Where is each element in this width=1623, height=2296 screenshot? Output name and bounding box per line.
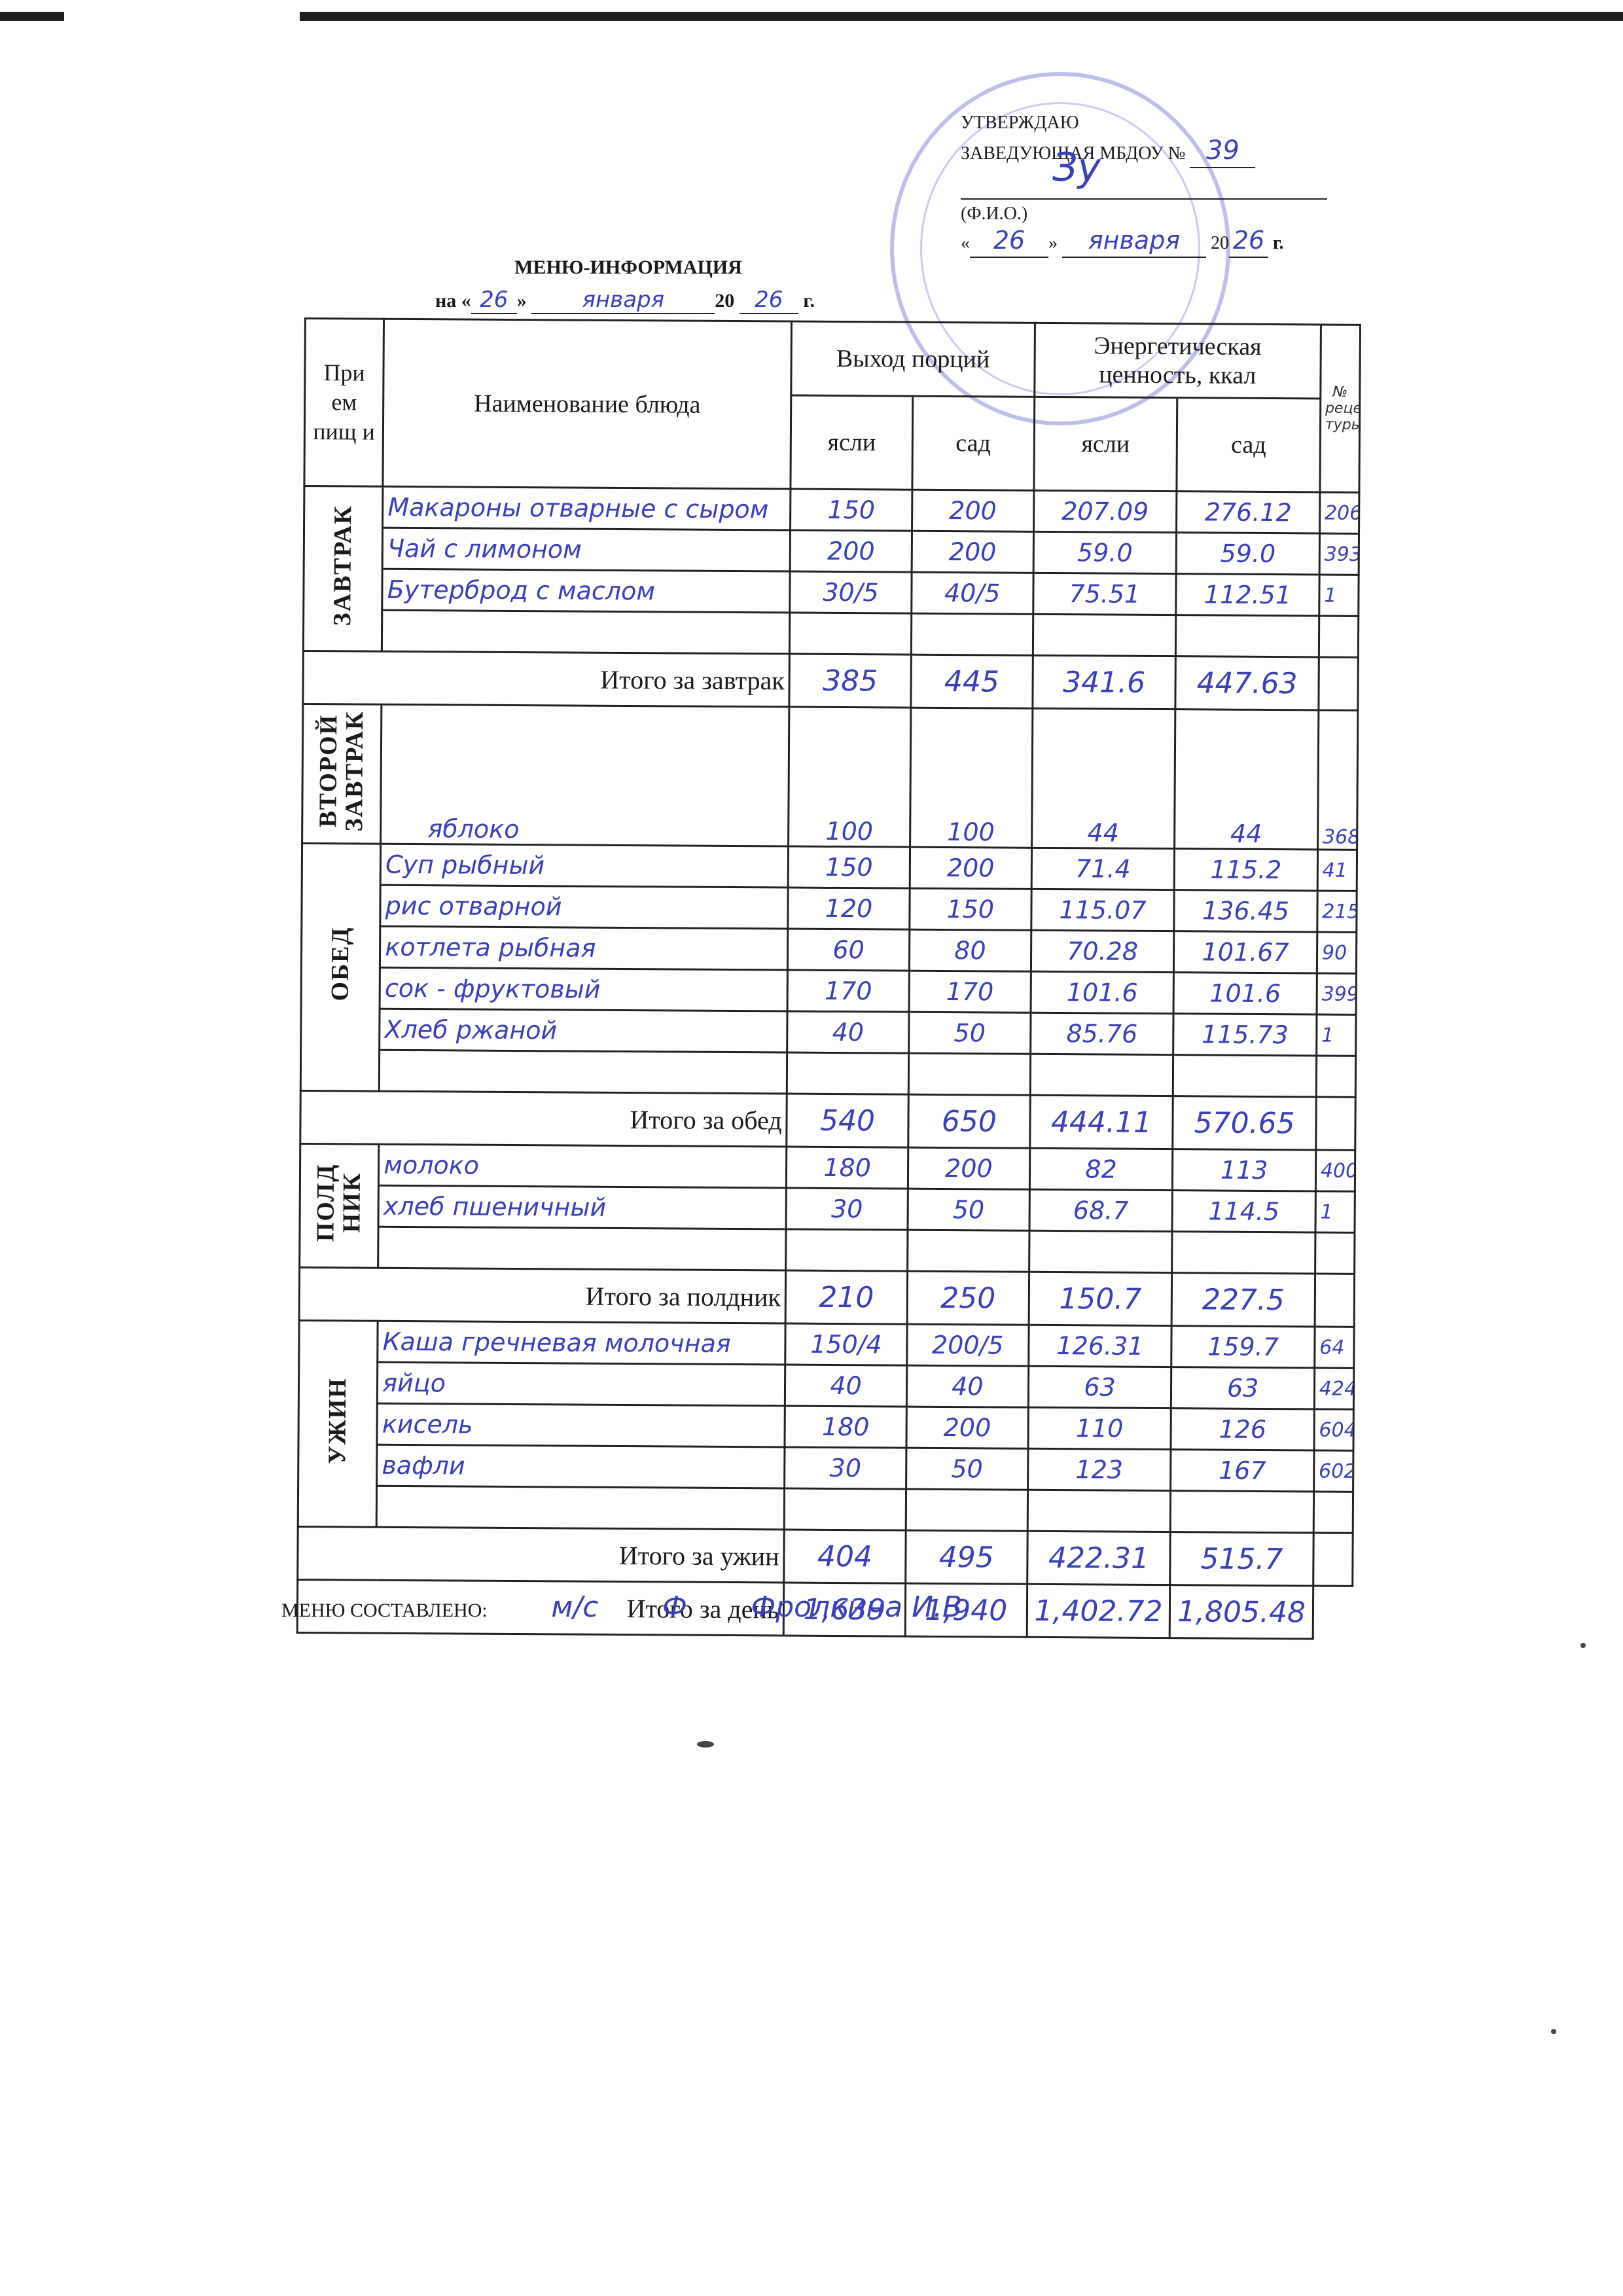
total-portion-garden: 495: [906, 1530, 1027, 1584]
dish-name: Каша гречневая молочная: [378, 1321, 785, 1365]
footer: МЕНЮ СОСТАВЛЕНО: м/с Ф Фролкина И.В.: [281, 1590, 971, 1624]
portion-nursery-cell: 30: [786, 1188, 908, 1230]
meal-label-cell: ВТОРОЙ ЗАВТРАК: [302, 704, 382, 844]
page-title: МЕНЮ-ИНФОРМАЦИЯ: [445, 257, 811, 279]
portion-garden-cell: 150: [910, 888, 1031, 930]
kcal-nursery-cell: 75.51: [1033, 573, 1176, 615]
portion-nursery-cell: 200: [790, 530, 912, 572]
recipe-number: 64: [1315, 1327, 1355, 1368]
table-row: ВТОРОЙ ЗАВТРАКяблоко1001004444368: [302, 704, 1358, 850]
scan-top-edge: [0, 0, 1623, 20]
approval-day: 26: [970, 225, 1048, 258]
menu-table: При ем пищ и Наименование блюда Выход по…: [296, 317, 1361, 1640]
menu-day: 26: [471, 287, 517, 314]
portion-garden-cell: 40: [906, 1365, 1028, 1407]
empty-cell: [787, 1052, 908, 1094]
portion-garden-cell: 50: [909, 1012, 1031, 1054]
kcal-nursery-cell: 85.76: [1030, 1013, 1173, 1054]
recipe-number: 399: [1317, 973, 1357, 1014]
table-row: Хлеб ржаной405085.76115.731: [301, 1008, 1356, 1056]
dish-name: Хлеб ржаной: [380, 1009, 787, 1052]
empty-cell: [911, 613, 1033, 655]
kcal-garden-cell: 101.67: [1174, 931, 1317, 973]
footer-signature: Ф: [662, 1590, 687, 1624]
dish-name: яйцо: [378, 1362, 785, 1406]
total-portion-garden: 650: [908, 1094, 1030, 1148]
portion-garden-cell: 200: [912, 490, 1033, 531]
table-row: ПОЛД НИКмолоко18020082113400: [300, 1143, 1355, 1191]
kcal-nursery-cell: 68.7: [1029, 1189, 1173, 1231]
dish-name: Чай с лимоном: [382, 528, 790, 571]
empty-cell: [906, 1489, 1027, 1531]
empty-cell: [1319, 657, 1359, 710]
header-energy: Энергетическая ценность, ккал: [1034, 323, 1321, 399]
empty-cell: [908, 1053, 1030, 1095]
kcal-nursery-cell: 63: [1028, 1366, 1171, 1408]
kcal-nursery-cell: 123: [1027, 1448, 1171, 1490]
day-total-kcal-garden: 1,805.48: [1169, 1585, 1313, 1639]
portion-nursery-cell: 60: [788, 929, 910, 971]
total-kcal-nursery: 150.7: [1029, 1272, 1172, 1325]
kcal-nursery-cell: 207.09: [1033, 490, 1177, 532]
empty-cell: [1319, 616, 1359, 657]
portion-garden-cell: 200: [912, 531, 1033, 573]
table-row: вафли3050123167602: [298, 1444, 1353, 1492]
dish-name: молоко: [379, 1144, 787, 1188]
footer-name: Фролкина И.В.: [751, 1590, 971, 1624]
total-kcal-nursery: 422.31: [1027, 1531, 1170, 1585]
section-total-row: Итого за ужин404495422.31515.7: [298, 1526, 1353, 1586]
kcal-garden-cell: 276.12: [1177, 492, 1320, 533]
menu-date: на «26» января20 26 г.: [435, 287, 815, 314]
recipe-number: 90: [1317, 932, 1357, 973]
portion-nursery-cell: 40: [787, 1011, 909, 1053]
menu-year-prefix: 20: [715, 290, 734, 312]
date-prefix: на «: [435, 290, 471, 312]
total-kcal-garden: 227.5: [1171, 1273, 1315, 1327]
kcal-garden-cell: 115.2: [1174, 849, 1317, 891]
kcal-garden-cell: 167: [1171, 1450, 1314, 1492]
empty-cell: [1315, 1232, 1355, 1274]
scan-speck: [1580, 1643, 1586, 1648]
empty-cell: [1313, 1586, 1353, 1639]
footer-position: м/с: [551, 1590, 598, 1624]
portion-nursery-cell: 180: [785, 1406, 906, 1448]
recipe-number: 393: [1319, 533, 1359, 575]
portion-nursery-cell: 100: [789, 707, 911, 847]
menu-year-suffix: 26: [740, 287, 798, 314]
meal-label: ВТОРОЙ ЗАВТРАК: [315, 705, 368, 836]
kcal-garden-cell: 136.45: [1174, 890, 1317, 932]
header-portion-nursery: ясли: [791, 395, 913, 490]
empty-cell: [382, 610, 790, 654]
dish-name: яблоко: [381, 704, 789, 846]
institution-number: 39: [1190, 134, 1255, 168]
table-row: кисель180200110126604: [298, 1403, 1353, 1450]
blank-row: [300, 1226, 1355, 1274]
meal-label-cell: ОБЕД: [300, 843, 381, 1091]
recipe-number: 368: [1317, 710, 1357, 850]
kcal-nursery-cell: 44: [1031, 708, 1175, 848]
portion-garden-cell: 40/5: [912, 572, 1033, 614]
section-total-label: Итого за полдник: [299, 1267, 786, 1323]
empty-cell: [378, 1227, 786, 1270]
kcal-nursery-cell: 126.31: [1028, 1325, 1171, 1367]
recipe-number: 215: [1317, 891, 1357, 932]
total-portion-garden: 445: [911, 655, 1033, 708]
kcal-garden-cell: 114.5: [1172, 1191, 1315, 1232]
total-portion-nursery: 404: [784, 1530, 906, 1583]
empty-cell: [786, 1229, 908, 1271]
recipe-number: 602: [1313, 1450, 1353, 1492]
scan-speck: [1551, 2029, 1556, 2034]
total-kcal-garden: 570.65: [1173, 1096, 1316, 1150]
total-portion-nursery: 210: [785, 1270, 907, 1324]
fio-label: (Ф.И.О.): [961, 202, 1327, 225]
footer-label: МЕНЮ СОСТАВЛЕНО:: [281, 1600, 488, 1621]
recipe-number: 41: [1317, 850, 1357, 891]
portion-garden-cell: 200/5: [907, 1324, 1029, 1366]
recipe-number: 1: [1316, 1014, 1356, 1056]
blank-row: [298, 1485, 1353, 1533]
empty-cell: [1313, 1533, 1353, 1586]
empty-cell: [1170, 1491, 1313, 1533]
blank-row: [300, 1049, 1355, 1097]
recipe-number: 604: [1314, 1409, 1354, 1450]
head-signature: Зу: [1052, 143, 1101, 192]
table-row: Бутерброд с маслом30/540/575.51112.511: [304, 569, 1359, 617]
empty-cell: [1316, 1056, 1356, 1097]
header-meal: При ем пищ и: [304, 319, 384, 487]
dish-name: котлета рыбная: [380, 926, 788, 970]
total-kcal-nursery: 444.11: [1029, 1095, 1173, 1149]
kcal-garden-cell: 101.6: [1173, 973, 1317, 1014]
table-row: хлеб пшеничный305068.7114.51: [300, 1185, 1355, 1232]
empty-cell: [1029, 1230, 1172, 1272]
kcal-garden-cell: 44: [1175, 709, 1319, 850]
section-total-row: Итого за полдник210250150.7227.5: [299, 1267, 1354, 1327]
table-row: яйцо40406363424: [298, 1361, 1353, 1409]
kcal-nursery-cell: 70.28: [1031, 930, 1174, 972]
approval-block: УТВЕРЖДАЮ ЗАВЕДУЮЩАЯ МБДОУ № 39 Зу (Ф.И.…: [961, 111, 1327, 258]
menu-month: января: [531, 287, 715, 314]
portion-garden-cell: 50: [908, 1189, 1029, 1230]
dish-name: кисель: [377, 1403, 785, 1447]
empty-cell: [789, 613, 911, 655]
total-kcal-nursery: 341.6: [1033, 655, 1176, 709]
table-row: рис отварной120150115.07136.45215: [302, 884, 1357, 932]
meal-label-cell: ЗАВТРАК: [303, 486, 383, 652]
section-total-row: Итого за завтрак385445341.6447.63: [303, 651, 1358, 710]
empty-cell: [908, 1230, 1029, 1272]
empty-cell: [1172, 1232, 1315, 1274]
kcal-garden-cell: 112.51: [1176, 574, 1319, 616]
dish-name: хлеб пшеничный: [378, 1185, 786, 1229]
kcal-garden-cell: 59.0: [1176, 533, 1319, 575]
kcal-nursery-cell: 110: [1028, 1407, 1171, 1449]
header-dish: Наименование блюда: [383, 319, 791, 489]
empty-cell: [1030, 1054, 1173, 1096]
section-total-label: Итого за ужин: [298, 1526, 785, 1583]
table-row: ЗАВТРАКМакароны отварные с сыром15020020…: [304, 486, 1359, 534]
empty-cell: [1033, 614, 1176, 656]
approval-year-suffix: 26: [1229, 225, 1268, 258]
section-total-row: Итого за обед540650444.11570.65: [300, 1090, 1355, 1150]
empty-cell: [1027, 1490, 1171, 1532]
portion-garden-cell: 200: [908, 1147, 1029, 1189]
kcal-nursery-cell: 101.6: [1031, 971, 1174, 1013]
portion-nursery-cell: 170: [787, 970, 909, 1012]
portion-garden-cell: 50: [906, 1448, 1027, 1490]
menu-year-unit: г.: [803, 290, 815, 312]
total-portion-nursery: 385: [789, 654, 911, 708]
portion-garden-cell: 100: [910, 708, 1032, 848]
kcal-garden-cell: 159.7: [1171, 1326, 1315, 1368]
meal-label-cell: ПОЛД НИК: [300, 1143, 379, 1268]
header-energy-nursery: ясли: [1034, 397, 1177, 491]
portion-nursery-cell: 30: [785, 1447, 906, 1489]
empty-cell: [1316, 1097, 1356, 1150]
portion-nursery-cell: 150: [788, 846, 910, 888]
table-row: Чай с лимоном20020059.059.0393: [304, 528, 1359, 575]
table-row: котлета рыбная608070.28101.6790: [301, 925, 1356, 973]
empty-cell: [379, 1050, 787, 1094]
portion-nursery-cell: 180: [787, 1147, 908, 1189]
empty-cell: [1313, 1492, 1353, 1533]
kcal-garden-cell: 113: [1173, 1149, 1316, 1191]
header-recipe: № рецеп-туры: [1320, 325, 1361, 492]
empty-cell: [1176, 615, 1319, 657]
dish-name: Бутерброд с маслом: [382, 569, 790, 613]
meal-label: УЖИН: [325, 1377, 351, 1464]
table-row: сок - фруктовый170170101.6101.6399: [301, 967, 1356, 1014]
portion-garden-cell: 200: [906, 1407, 1028, 1448]
meal-label: ПОЛД НИК: [313, 1143, 366, 1263]
recipe-number: 1: [1319, 575, 1359, 616]
dish-name: Макароны отварные с сыром: [383, 486, 791, 530]
scan-speck: [697, 1741, 714, 1748]
empty-cell: [784, 1488, 906, 1530]
meal-label-cell: УЖИН: [298, 1320, 378, 1527]
dish-name: Суп рыбный: [380, 844, 788, 888]
header-energy-garden: сад: [1177, 398, 1320, 492]
kcal-nursery-cell: 115.07: [1031, 889, 1175, 931]
header-portion: Выход порций: [791, 321, 1035, 397]
total-portion-nursery: 540: [787, 1094, 908, 1147]
portion-garden-cell: 200: [910, 847, 1031, 889]
total-kcal-garden: 447.63: [1175, 656, 1319, 710]
kcal-nursery-cell: 71.4: [1031, 848, 1175, 889]
kcal-garden-cell: 63: [1171, 1367, 1315, 1409]
head-signature-line: Зу: [961, 170, 1327, 200]
total-portion-garden: 250: [907, 1271, 1029, 1325]
section-total-label: Итого за завтрак: [303, 651, 790, 707]
kcal-nursery-cell: 82: [1029, 1148, 1173, 1190]
recipe-number: 206: [1319, 492, 1359, 533]
meal-label: ЗАВТРАК: [330, 505, 357, 626]
blank-row: [303, 610, 1358, 658]
recipe-number: 400: [1315, 1150, 1355, 1191]
approval-year-unit: г.: [1273, 233, 1284, 253]
portion-garden-cell: 170: [909, 971, 1031, 1013]
portion-nursery-cell: 150: [791, 489, 912, 531]
kcal-garden-cell: 126: [1171, 1408, 1314, 1450]
kcal-nursery-cell: 59.0: [1033, 531, 1177, 573]
portion-nursery-cell: 150/4: [785, 1323, 907, 1365]
meal-label: ОБЕД: [327, 927, 354, 1001]
total-kcal-garden: 515.7: [1170, 1532, 1313, 1586]
portion-nursery-cell: 30/5: [790, 571, 912, 613]
dish-name: сок - фруктовый: [380, 967, 787, 1011]
table-row: ОБЕДСуп рыбный15020071.4115.241: [302, 843, 1357, 891]
approve-label: УТВЕРЖДАЮ: [961, 111, 1327, 134]
portion-nursery-cell: 120: [788, 888, 910, 929]
approval-month: января: [1062, 225, 1206, 258]
table-row: УЖИНКаша гречневая молочная150/4200/5126…: [299, 1320, 1354, 1368]
dish-name: вафли: [377, 1444, 785, 1488]
empty-cell: [1315, 1274, 1355, 1327]
empty-cell: [1173, 1055, 1317, 1097]
header-portion-garden: сад: [912, 396, 1035, 490]
portion-nursery-cell: 40: [785, 1365, 906, 1407]
kcal-garden-cell: 115.73: [1173, 1014, 1317, 1056]
empty-cell: [376, 1486, 784, 1530]
recipe-number: 424: [1314, 1368, 1354, 1409]
portion-garden-cell: 80: [909, 929, 1031, 971]
approval-year-prefix: 20: [1211, 233, 1229, 253]
day-total-kcal-nursery: 1,402.72: [1027, 1584, 1170, 1638]
recipe-number: 1: [1315, 1191, 1355, 1232]
dish-name: рис отварной: [380, 885, 788, 929]
section-total-label: Итого за обед: [300, 1090, 787, 1147]
